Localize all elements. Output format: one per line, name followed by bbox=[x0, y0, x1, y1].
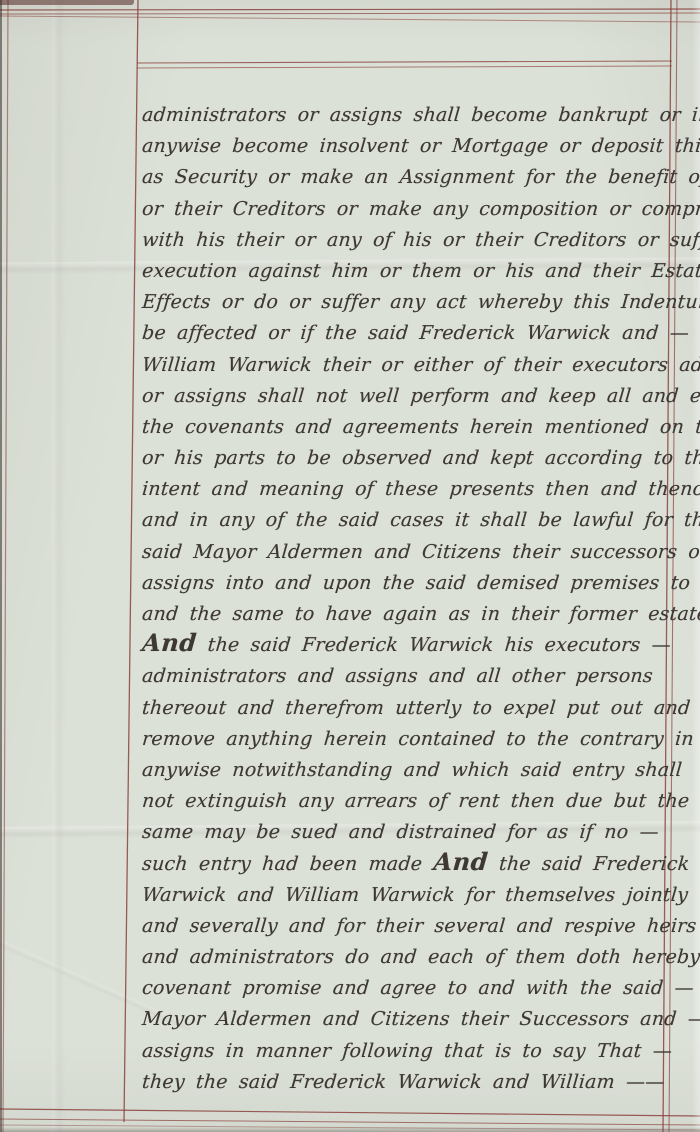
scan-edge-top bbox=[0, 0, 134, 5]
line-text: thereout and therefrom utterly to expel … bbox=[141, 697, 691, 719]
scan-edge-left bbox=[0, 0, 2, 1132]
line-text: said Mayor Aldermen and Citizens their s… bbox=[141, 541, 700, 563]
line-text: as Security or make an Assignment for th… bbox=[141, 166, 700, 188]
handwritten-line: they the said Frederick Warwick and Will… bbox=[141, 1064, 668, 1095]
handwritten-line: administrators or assigns shall become b… bbox=[141, 97, 668, 128]
line-text: Effects or do or suffer any act whereby … bbox=[141, 291, 700, 313]
handwritten-line: same may be sued and distrained for as i… bbox=[141, 814, 668, 845]
handwritten-line: and the same to have again as in their f… bbox=[141, 596, 668, 627]
handwritten-line: and in any of the said cases it shall be… bbox=[141, 502, 668, 533]
handwritten-line: Effects or do or suffer any act whereby … bbox=[141, 284, 668, 315]
scan-edge-bottom bbox=[0, 1127, 700, 1132]
handwritten-line: anywise notwithstanding and which said e… bbox=[141, 752, 668, 783]
handwritten-line: as Security or make an Assignment for th… bbox=[141, 159, 668, 190]
handwritten-line: and severally and for their several and … bbox=[141, 908, 668, 939]
line-text: and in any of the said cases it shall be… bbox=[141, 509, 700, 531]
line-text: administrators or assigns shall become b… bbox=[141, 104, 700, 126]
line-text: and severally and for their several and … bbox=[141, 915, 700, 937]
line-text: be affected or if the said Frederick War… bbox=[141, 322, 690, 344]
line-text: administrators and assigns and all other… bbox=[141, 665, 654, 687]
line-text: not extinguish any arrears of rent then … bbox=[141, 790, 690, 812]
handwritten-line: said Mayor Aldermen and Citizens their s… bbox=[141, 534, 668, 565]
handwritten-line: administrators and assigns and all other… bbox=[141, 658, 668, 689]
paper-vertical-crease bbox=[52, 0, 66, 1132]
line-emphasis: And bbox=[432, 847, 489, 876]
line-text: anywise notwithstanding and which said e… bbox=[141, 759, 683, 781]
line-text: remove anything herein contained to the … bbox=[141, 728, 695, 750]
handwritten-line: William Warwick their or either of their… bbox=[141, 347, 668, 378]
line-text: or assigns shall not well perform and ke… bbox=[141, 385, 700, 407]
line-text: or his parts to be observed and kept acc… bbox=[141, 447, 700, 469]
line-text: and administrators do and each of them d… bbox=[141, 946, 700, 968]
line-text: assigns into and upon the said demised p… bbox=[141, 572, 700, 594]
line-text: the covenants and agreements herein ment… bbox=[141, 416, 700, 438]
handwritten-line: Warwick and William Warwick for themselv… bbox=[141, 877, 668, 908]
line-text: execution against him or them or his and… bbox=[141, 260, 700, 282]
line-text: with his their or any of his or their Cr… bbox=[141, 229, 700, 251]
handwritten-text-block: administrators or assigns shall become b… bbox=[141, 97, 665, 1095]
handwritten-line: or his parts to be observed and kept acc… bbox=[141, 440, 668, 471]
line-text: covenant promise and agree to and with t… bbox=[141, 977, 695, 999]
line-text: such entry had been made bbox=[141, 853, 434, 875]
line-text: same may be sued and distrained for as i… bbox=[141, 821, 660, 843]
line-text: or their Creditors or make any compositi… bbox=[141, 198, 700, 220]
handwritten-line: assigns into and upon the said demised p… bbox=[141, 565, 668, 596]
line-text: intent and meaning of these presents the… bbox=[141, 478, 700, 500]
line-emphasis: And bbox=[141, 628, 198, 657]
line-text: anywise become insolvent or Mortgage or … bbox=[141, 135, 700, 157]
handwritten-line: and administrators do and each of them d… bbox=[141, 939, 668, 970]
handwritten-line: not extinguish any arrears of rent then … bbox=[141, 783, 668, 814]
handwritten-line: with his their or any of his or their Cr… bbox=[141, 222, 668, 253]
document-page: administrators or assigns shall become b… bbox=[0, 0, 700, 1132]
handwritten-line: the covenants and agreements herein ment… bbox=[141, 409, 668, 440]
line-text: Warwick and William Warwick for themselv… bbox=[141, 884, 689, 906]
handwritten-line: anywise become insolvent or Mortgage or … bbox=[141, 128, 668, 159]
handwritten-line: intent and meaning of these presents the… bbox=[141, 471, 668, 502]
handwritten-line: remove anything herein contained to the … bbox=[141, 721, 668, 752]
line-text: the said Frederick bbox=[487, 853, 691, 875]
line-text: assigns in manner following that is to s… bbox=[141, 1040, 673, 1062]
handwritten-line: thereout and therefrom utterly to expel … bbox=[141, 690, 668, 721]
handwritten-line: such entry had been made And the said Fr… bbox=[141, 846, 668, 877]
handwritten-line: covenant promise and agree to and with t… bbox=[141, 970, 668, 1001]
line-text: the said Frederick Warwick his executors… bbox=[196, 634, 672, 656]
handwritten-line: Mayor Aldermen and Citizens their Succes… bbox=[141, 1001, 668, 1032]
line-text: William Warwick their or either of their… bbox=[141, 354, 700, 376]
handwritten-line: be affected or if the said Frederick War… bbox=[141, 315, 668, 346]
line-text: Mayor Aldermen and Citizens their Succes… bbox=[141, 1008, 700, 1030]
line-text: they the said Frederick Warwick and Will… bbox=[141, 1071, 665, 1093]
handwritten-line: or assigns shall not well perform and ke… bbox=[141, 378, 668, 409]
handwritten-line: And the said Frederick Warwick his execu… bbox=[141, 627, 668, 658]
handwritten-line: execution against him or them or his and… bbox=[141, 253, 668, 284]
handwritten-line: or their Creditors or make any compositi… bbox=[141, 191, 668, 222]
line-text: and the same to have again as in their f… bbox=[141, 603, 700, 625]
handwritten-line: assigns in manner following that is to s… bbox=[141, 1033, 668, 1064]
